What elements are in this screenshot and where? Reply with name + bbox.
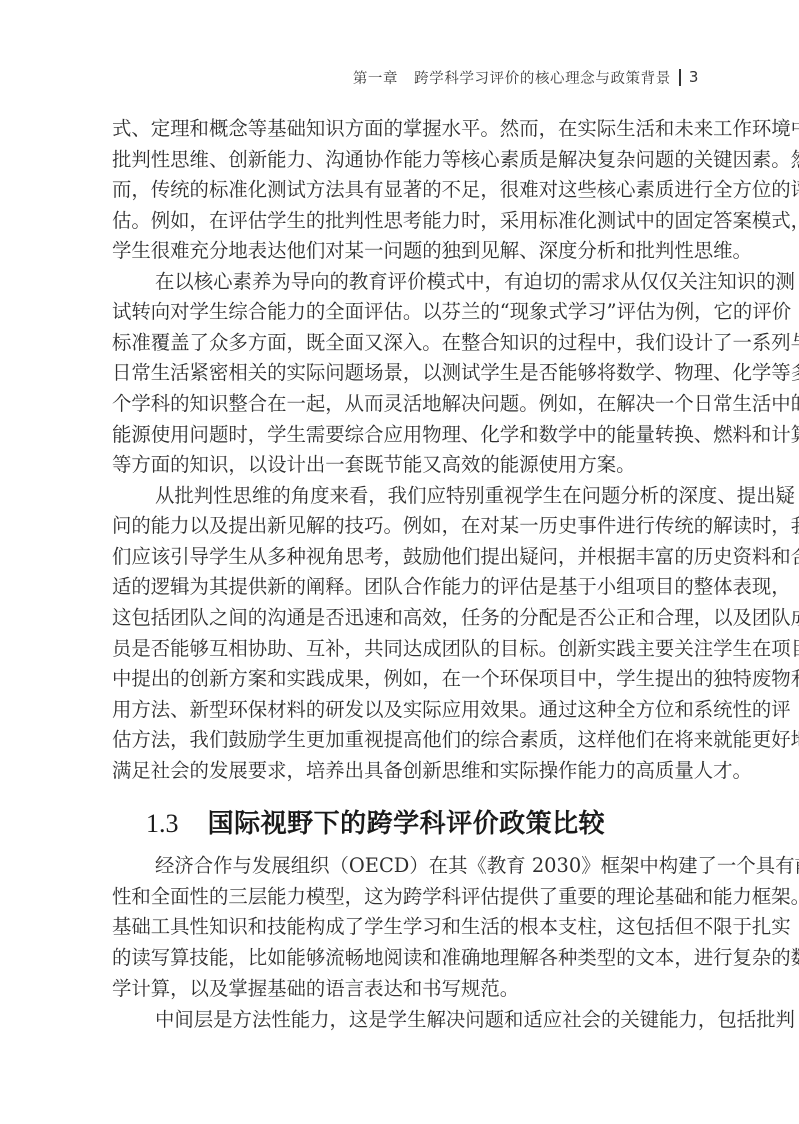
text-line: 用方法、新型环保材料的研发以及实际应用效果。通过这种全方位和系统性的评 <box>112 698 702 722</box>
text-line: 日常生活紧密相关的实际问题场景，以测试学生是否能够将数学、物理、化学等多 <box>112 361 702 385</box>
text-line: 批判性思维、创新能力、沟通协作能力等核心素质是解决复杂问题的关键因素。然 <box>112 148 702 172</box>
document-page: 第一章 跨学科学习评价的核心理念与政策背景 3 式、定理和概念等基础知识方面的掌… <box>0 0 799 1124</box>
text-line: 满足社会的发展要求，培养出具备创新思维和实际操作能力的高质量人才。 <box>112 759 702 783</box>
text-line: 们应该引导学生从多种视角思考，鼓励他们提出疑问，并根据丰富的历史资料和合 <box>112 545 702 569</box>
text-line: 经济合作与发展组织（OECD）在其《教育 2030》框架中构建了一个具有前瞻 <box>155 854 702 878</box>
text-line: 而，传统的标准化测试方法具有显著的不足，很难对这些核心素质进行全方位的评 <box>112 178 702 202</box>
header-divider <box>679 69 681 86</box>
section-number: 1.3 <box>146 809 179 838</box>
text-line: 学生很难充分地表达他们对某一问题的独到见解、深度分析和批判性思维。 <box>112 239 702 263</box>
text-line: 估。例如，在评估学生的批判性思考能力时，采用标准化测试中的固定答案模式， <box>112 209 702 233</box>
header-chapter-label: 第一章 <box>353 67 398 88</box>
running-header: 第一章 跨学科学习评价的核心理念与政策背景 3 <box>353 66 699 88</box>
text-line: 式、定理和概念等基础知识方面的掌握水平。然而，在实际生活和未来工作环境中， <box>112 117 702 141</box>
text-line: 能源使用问题时，学生需要综合应用物理、化学和数学中的能量转换、燃料和计算 <box>112 423 702 447</box>
section-title: 国际视野下的跨学科评价政策比较 <box>208 809 606 839</box>
text-line: 等方面的知识，以设计出一套既节能又高效的能源使用方案。 <box>112 453 702 477</box>
text-line: 性和全面性的三层能力模型，这为跨学科评估提供了重要的理论基础和能力框架。 <box>112 885 702 909</box>
text-line: 标准覆盖了众多方面，既全面又深入。在整合知识的过程中，我们设计了一系列与 <box>112 331 702 355</box>
text-line: 基础工具性知识和技能构成了学生学习和生活的根本支柱，这包括但不限于扎实 <box>112 915 702 939</box>
text-line: 估方法，我们鼓励学生更加重视提高他们的综合素质，这样他们在将来就能更好地 <box>112 728 702 752</box>
text-line: 适的逻辑为其提供新的阐释。团队合作能力的评估是基于小组项目的整体表现， <box>112 575 702 599</box>
section-heading: 1.3 国际视野下的跨学科评价政策比较 <box>146 807 605 841</box>
text-line: 中间层是方法性能力，这是学生解决问题和适应社会的关键能力，包括批判 <box>155 1008 702 1032</box>
text-line: 个学科的知识整合在一起，从而灵活地解决问题。例如，在解决一个日常生活中的 <box>112 392 702 416</box>
text-line: 在以核心素养为导向的教育评价模式中，有迫切的需求从仅仅关注知识的测 <box>155 270 702 294</box>
text-line: 学计算，以及掌握基础的语言表达和书写规范。 <box>112 977 702 1001</box>
text-line: 从批判性思维的角度来看，我们应特别重视学生在问题分析的深度、提出疑 <box>155 484 702 508</box>
text-line: 这包括团队之间的沟通是否迅速和高效，任务的分配是否公正和合理，以及团队成 <box>112 606 702 630</box>
header-chapter-title: 跨学科学习评价的核心理念与政策背景 <box>414 67 671 88</box>
text-line: 试转向对学生综合能力的全面评估。以芬兰的“现象式学习”评估为例，它的评价 <box>112 300 702 324</box>
page-number: 3 <box>689 68 699 86</box>
text-line: 问的能力以及提出新见解的技巧。例如，在对某一历史事件进行传统的解读时，我 <box>112 514 702 538</box>
text-line: 中提出的创新方案和实践成果，例如，在一个环保项目中，学生提出的独特废物利 <box>112 667 702 691</box>
text-line: 的读写算技能，比如能够流畅地阅读和准确地理解各种类型的文本，进行复杂的数 <box>112 946 702 970</box>
text-line: 员是否能够互相协助、互补，共同达成团队的目标。创新实践主要关注学生在项目 <box>112 637 702 661</box>
